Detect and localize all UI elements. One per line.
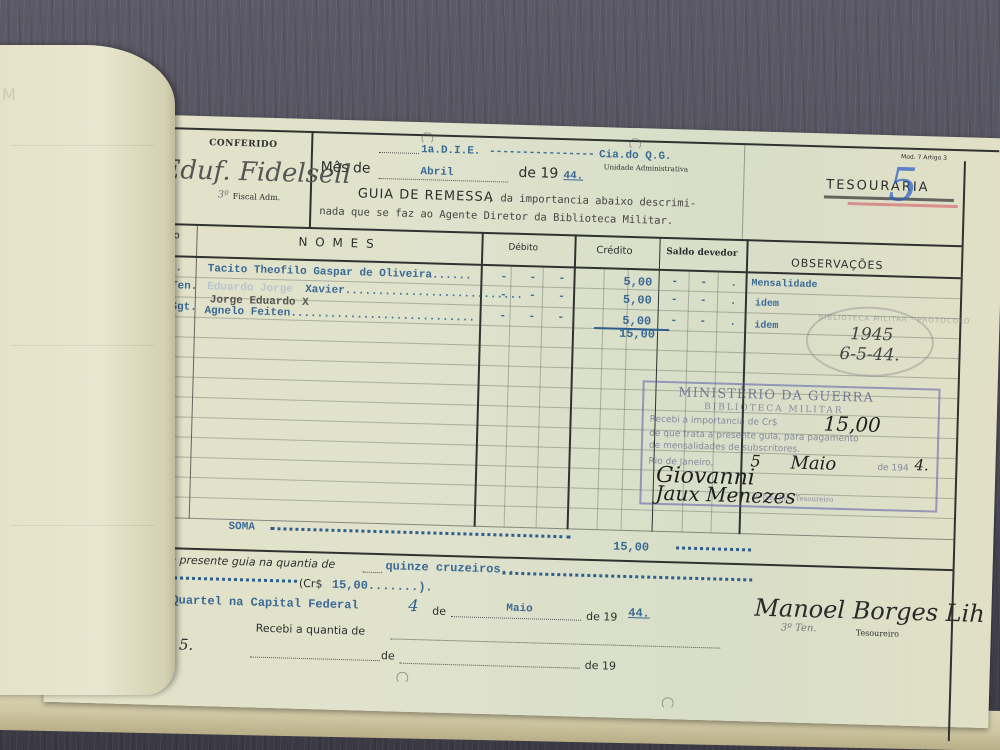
- binding-hole: [421, 132, 433, 144]
- row-debito: -: [558, 273, 565, 285]
- row-saldo: -: [671, 294, 678, 306]
- month-value: Abril: [420, 166, 453, 179]
- row-obs: idem: [755, 298, 779, 310]
- left-page-ghost-line: [10, 525, 155, 526]
- year-value: 44.: [563, 170, 583, 183]
- recebi-de-label: de: [381, 649, 395, 662]
- row-obs: idem: [754, 320, 778, 332]
- row-nome-faded: Eduardo Jorge: [207, 281, 293, 295]
- left-page-ghost-line: [10, 145, 155, 146]
- guia-text-2: nada que se faz ao Agente Diretor da Bib…: [319, 205, 673, 227]
- binding-hole: [662, 697, 674, 709]
- unit-dashes: ----------------: [489, 146, 595, 161]
- footer-month-underline: [451, 615, 581, 621]
- receipt-month: Maio: [790, 453, 836, 475]
- fiscal-prefix: 3º: [218, 189, 229, 200]
- remittance-form-page: CONFERIDO Eduf. Fidelsell Fiscal Adm. 3º…: [44, 112, 1000, 728]
- blue-number-stamp: 5: [888, 157, 919, 212]
- left-page-ghost-line: [10, 345, 155, 346]
- recebi-line-2: [250, 656, 380, 662]
- year-label: de 19: [518, 165, 558, 182]
- row-obs: Mensalidade: [751, 278, 817, 291]
- col-observacoes: OBSERVAÇÕES: [791, 256, 884, 272]
- footer-day: 4: [408, 596, 419, 615]
- row-saldo: -: [671, 276, 678, 288]
- unit-prefix: 1a.D.I.E.: [421, 144, 481, 158]
- guia-title: GUIA DE REMESSA: [358, 186, 494, 205]
- receipt-year-label: de 194: [877, 463, 909, 474]
- soma-value: 15,00: [613, 540, 649, 555]
- unit-caption: Unidade Administrativa: [604, 163, 689, 173]
- quantia-words: quinze cruzeiros..: [385, 559, 515, 577]
- binding-hole: [396, 672, 408, 684]
- posto-col-rule: [189, 224, 198, 519]
- treasurer-prefix: 3º Ten.: [781, 622, 817, 634]
- row-saldo: .: [730, 278, 737, 290]
- guia-text-1: , da importancia abaixo descrimi-: [488, 192, 697, 210]
- col-saldo: Saldo devedor: [666, 247, 737, 259]
- receipt-line5: de mensalidades de subscritores.: [649, 441, 800, 455]
- receipt-stamp: MINISTÉRIO DA GUERRA BIBLIOTECA MILITAR …: [639, 380, 940, 512]
- row-saldo: -: [699, 316, 706, 328]
- quantia-prefix: (Cr$: [299, 577, 323, 591]
- protocol-stamp-text: BIBLIOTECA MILITAR · PROTOCOLO: [818, 313, 970, 325]
- protocol-stamp: BIBLIOTECA MILITAR · PROTOCOLO 1945 6-5-…: [805, 305, 935, 379]
- col-credito: Crédito: [596, 245, 632, 257]
- treasurer-role: Tesoureiro: [856, 628, 900, 638]
- row-saldo: -: [700, 277, 707, 289]
- subtotal-value: 15,00: [619, 327, 655, 342]
- row-nome: Tacito Theofilo Gaspar de Oliveira......: [208, 263, 472, 282]
- recebi-underline: [390, 637, 720, 648]
- row-saldo: -: [670, 315, 677, 327]
- unit-name: Cia.do Q.G.: [599, 149, 672, 163]
- conferido-label: CONFERIDO: [209, 138, 278, 150]
- receipt-year: 4.: [914, 456, 929, 474]
- recebi-line-3: [400, 662, 580, 669]
- left-page-ghost-text: M: [2, 85, 16, 104]
- row-credito: 5,00: [623, 275, 652, 290]
- col-debito: Débito: [508, 243, 538, 254]
- row-debito: -: [557, 312, 564, 324]
- row-debito: -: [529, 290, 536, 302]
- unit-leader-dots: [379, 151, 419, 154]
- row-credito: 5,00: [623, 293, 652, 308]
- soma-saldo-dots: [676, 545, 751, 551]
- left-page-curl: M: [0, 45, 175, 695]
- row-saldo: .: [729, 317, 736, 329]
- row-saldo: .: [730, 296, 737, 308]
- binding-hole: [629, 138, 641, 150]
- protocol-year: 1945: [850, 324, 894, 345]
- quantia-dots: [502, 571, 752, 582]
- mes-label: Mês de: [320, 159, 370, 176]
- footer-de-label: de: [432, 605, 446, 618]
- right-rule: [948, 161, 966, 741]
- footer-month: Maio: [506, 603, 533, 616]
- tesouraria-divider: [742, 145, 746, 239]
- row-debito: -: [500, 271, 507, 283]
- row-saldo: -: [700, 295, 707, 307]
- col-nomes: N O M E S: [298, 235, 376, 251]
- row-debito: -: [500, 289, 507, 301]
- nomes-col-rule: [474, 232, 484, 527]
- table-top-rule: [147, 222, 962, 247]
- row-debito: -: [499, 310, 506, 322]
- row-debito: -: [558, 291, 565, 303]
- quantia-number: 15,00.......).: [332, 578, 433, 595]
- receipt-line3: Recebi a importancia de Cr$: [650, 415, 778, 429]
- importa-underline: [362, 571, 382, 574]
- row-debito: -: [528, 311, 535, 323]
- footer-place: Quartel na Capital Federal: [171, 593, 359, 612]
- footer-year: 44.: [628, 606, 650, 621]
- row-debito: -: [529, 272, 536, 284]
- fiscal-role: Fiscal Adm.: [233, 192, 281, 202]
- recebi-label: Recebi a quantia de: [255, 622, 365, 638]
- protocol-date: 6-5-44.: [839, 344, 900, 366]
- soma-label: SOMA: [228, 521, 255, 534]
- footer-year-label: de 19: [586, 610, 618, 624]
- row-nome: Xavier...........................: [305, 284, 523, 302]
- recebi-year-label: de 19: [585, 659, 617, 673]
- debito-col-rule: [567, 234, 577, 529]
